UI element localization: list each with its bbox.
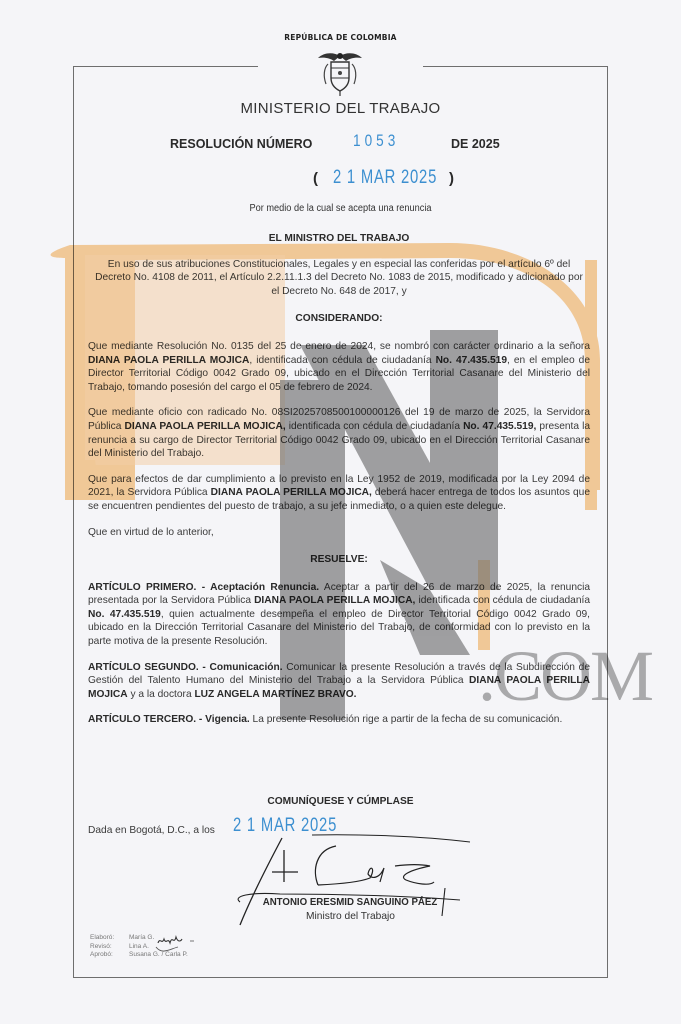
- articulo-tercero: ARTÍCULO TERCERO. - Vigencia. La present…: [88, 713, 590, 727]
- articulo-segundo: ARTÍCULO SEGUNDO. - Comunicación. Comuni…: [88, 661, 590, 702]
- resuelve-heading: RESUELVE:: [88, 553, 590, 567]
- signer-name: ANTONIO ERESMID SANGUINO PÁEZ: [17, 897, 664, 908]
- articulo-primero: ARTÍCULO PRIMERO. - Aceptación Renuncia.…: [88, 581, 590, 649]
- resolution-document: REPÚBLICA DE COLOMBIA MINISTERIO DEL TRA…: [0, 0, 681, 1024]
- resolution-label: RESOLUCIÓN NÚMERO: [170, 137, 312, 151]
- closing-formula: COMUNÍQUESE Y CÚMPLASE: [0, 796, 681, 807]
- ministry-name: MINISTERIO DEL TRABAJO: [0, 100, 681, 117]
- resolution-number-row: RESOLUCIÓN NÚMERO 1053 DE 2025: [0, 133, 681, 155]
- resolution-date-stamp: 2 1 MAR 2025: [333, 167, 437, 189]
- virtud-line: Que en virtud de lo anterior,: [88, 526, 590, 540]
- issued-place: Dada en Bogotá, D.C., a los: [88, 825, 215, 836]
- considerando-paragraph-2: Que mediante oficio con radicado No. 08S…: [88, 406, 590, 460]
- preamble: En uso de sus atribuciones Constituciona…: [88, 258, 590, 299]
- resolution-subject: Por medio de la cual se acepta una renun…: [27, 203, 654, 214]
- resolution-year: DE 2025: [451, 137, 500, 151]
- signer-title: Ministro del Trabajo: [0, 911, 681, 922]
- resolution-date-row: ( 2 1 MAR 2025 ): [0, 168, 681, 192]
- resolution-number-stamp: 1053: [353, 131, 399, 151]
- considerando-heading: CONSIDERANDO:: [88, 312, 590, 326]
- considerando-paragraph-3: Que para efectos de dar cumplimiento a l…: [88, 473, 590, 514]
- initials-signature-icon: [148, 933, 218, 963]
- document-body: EL MINISTRO DEL TRABAJO En uso de sus at…: [88, 232, 590, 727]
- authority-heading: EL MINISTRO DEL TRABAJO: [88, 232, 590, 246]
- colombia-coat-of-arms-icon: [310, 50, 370, 98]
- considerando-paragraph-1: Que mediante Resolución No. 0135 del 25 …: [88, 340, 590, 394]
- country-header: REPÚBLICA DE COLOMBIA: [0, 33, 681, 42]
